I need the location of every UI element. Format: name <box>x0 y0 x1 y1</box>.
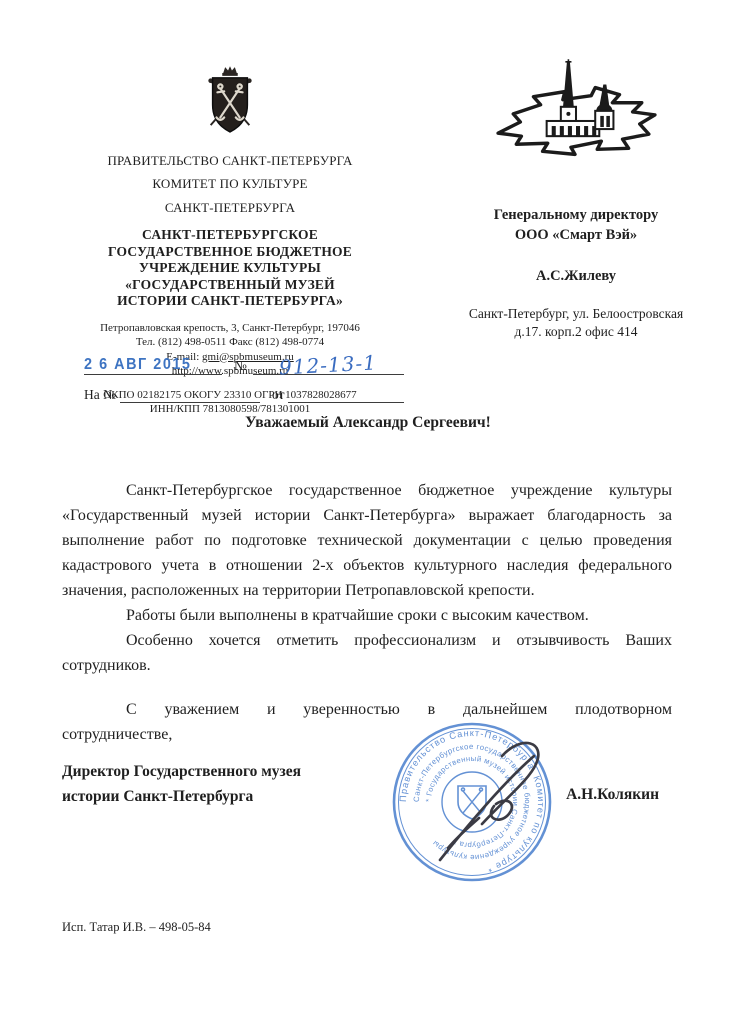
reference-row: На № от <box>84 386 404 403</box>
spb-coat-of-arms-icon <box>201 64 259 143</box>
government-lines: ПРАВИТЕЛЬСТВО САНКТ-ПЕТЕРБУРГА КОМИТЕТ П… <box>58 149 402 219</box>
registration-row: 2 6 АВГ 2015 № 912-13-1 <box>84 352 404 375</box>
letter-body: Санкт-Петербургское государственное бюдж… <box>62 478 672 678</box>
fortress-logo-icon <box>490 175 662 192</box>
body-paragraph-3: Особенно хочется отметить профессионализ… <box>62 628 672 678</box>
seal-and-signature: Правительство Санкт-Петербурга, Комитет … <box>384 718 584 898</box>
body-paragraph-2: Работы были выполнены в кратчайшие сроки… <box>62 603 672 628</box>
recipient-title: Генеральному директору ООО «Смарт Вэй» <box>428 205 724 246</box>
ref-from-label: от <box>272 387 284 403</box>
letter-page: ПРАВИТЕЛЬСТВО САНКТ-ПЕТЕРБУРГА КОМИТЕТ П… <box>0 0 745 1024</box>
body-paragraph-1: Санкт-Петербургское государственное бюдж… <box>62 478 672 603</box>
date-field: 2 6 АВГ 2015 <box>84 356 222 375</box>
salutation: Уважаемый Александр Сергеевич! <box>62 414 674 432</box>
round-seal-stamp-icon: Правительство Санкт-Петербурга, Комитет … <box>384 718 584 898</box>
ref-from-field <box>288 386 404 403</box>
executor-note: Исп. Татар И.В. – 498-05-84 <box>62 920 211 935</box>
ref-on-label: На № <box>84 387 116 403</box>
seal-center-emblem <box>458 786 486 819</box>
organization-name: САНКТ-ПЕТЕРБУРГСКОЕ ГОСУДАРСТВЕННОЕ БЮДЖ… <box>58 227 402 309</box>
letterhead-right: Генеральному директору ООО «Смарт Вэй» А… <box>428 58 724 342</box>
recipient-name: А.С.Жилеву <box>428 268 724 285</box>
signer-title: Директор Государственного музея истории … <box>62 760 301 810</box>
number-sign: № <box>234 358 247 374</box>
letterhead-phones: Тел. (812) 498-0511 Факс (812) 498-0774 <box>58 335 402 350</box>
letterhead-address: Петропавловская крепость, 3, Санкт-Петер… <box>58 321 402 336</box>
signer-name: А.Н.Колякин <box>566 786 659 804</box>
number-field: 912-13-1 <box>253 352 404 375</box>
incoming-date-stamp: 2 6 АВГ 2015 <box>84 355 191 373</box>
ref-on-field <box>120 386 260 403</box>
recipient-address: Санкт-Петербург, ул. Белоостровская д.17… <box>428 305 724 343</box>
handwritten-number: 912-13-1 <box>278 350 377 379</box>
